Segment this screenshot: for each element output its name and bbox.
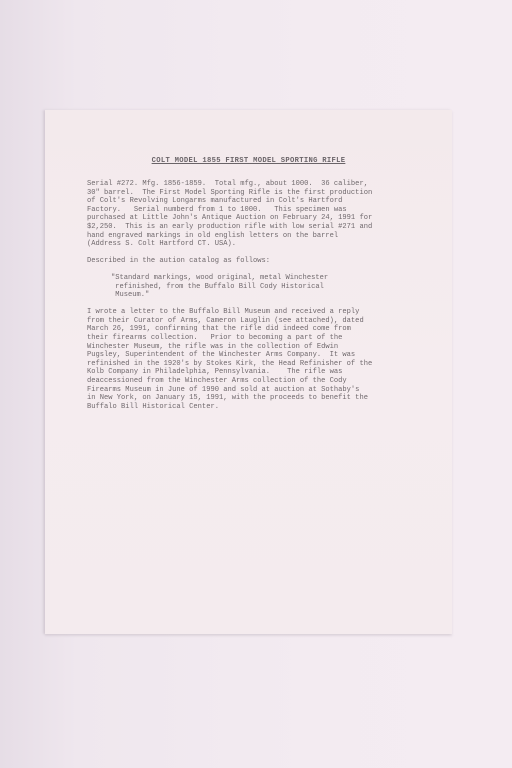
catalog-quote: "Standard markings, wood original, metal… <box>111 274 420 300</box>
paragraph-provenance: I wrote a letter to the Buffalo Bill Mus… <box>87 308 420 411</box>
paragraph-catalog-intro: Described in the aution catalog as follo… <box>87 257 420 266</box>
document-body: Serial #272. Mfg. 1856-1859. Total mfg.,… <box>87 180 420 420</box>
document-page: COLT MODEL 1855 FIRST MODEL SPORTING RIF… <box>45 110 452 634</box>
document-title: COLT MODEL 1855 FIRST MODEL SPORTING RIF… <box>45 157 452 165</box>
paragraph-description: Serial #272. Mfg. 1856-1859. Total mfg.,… <box>87 180 420 249</box>
